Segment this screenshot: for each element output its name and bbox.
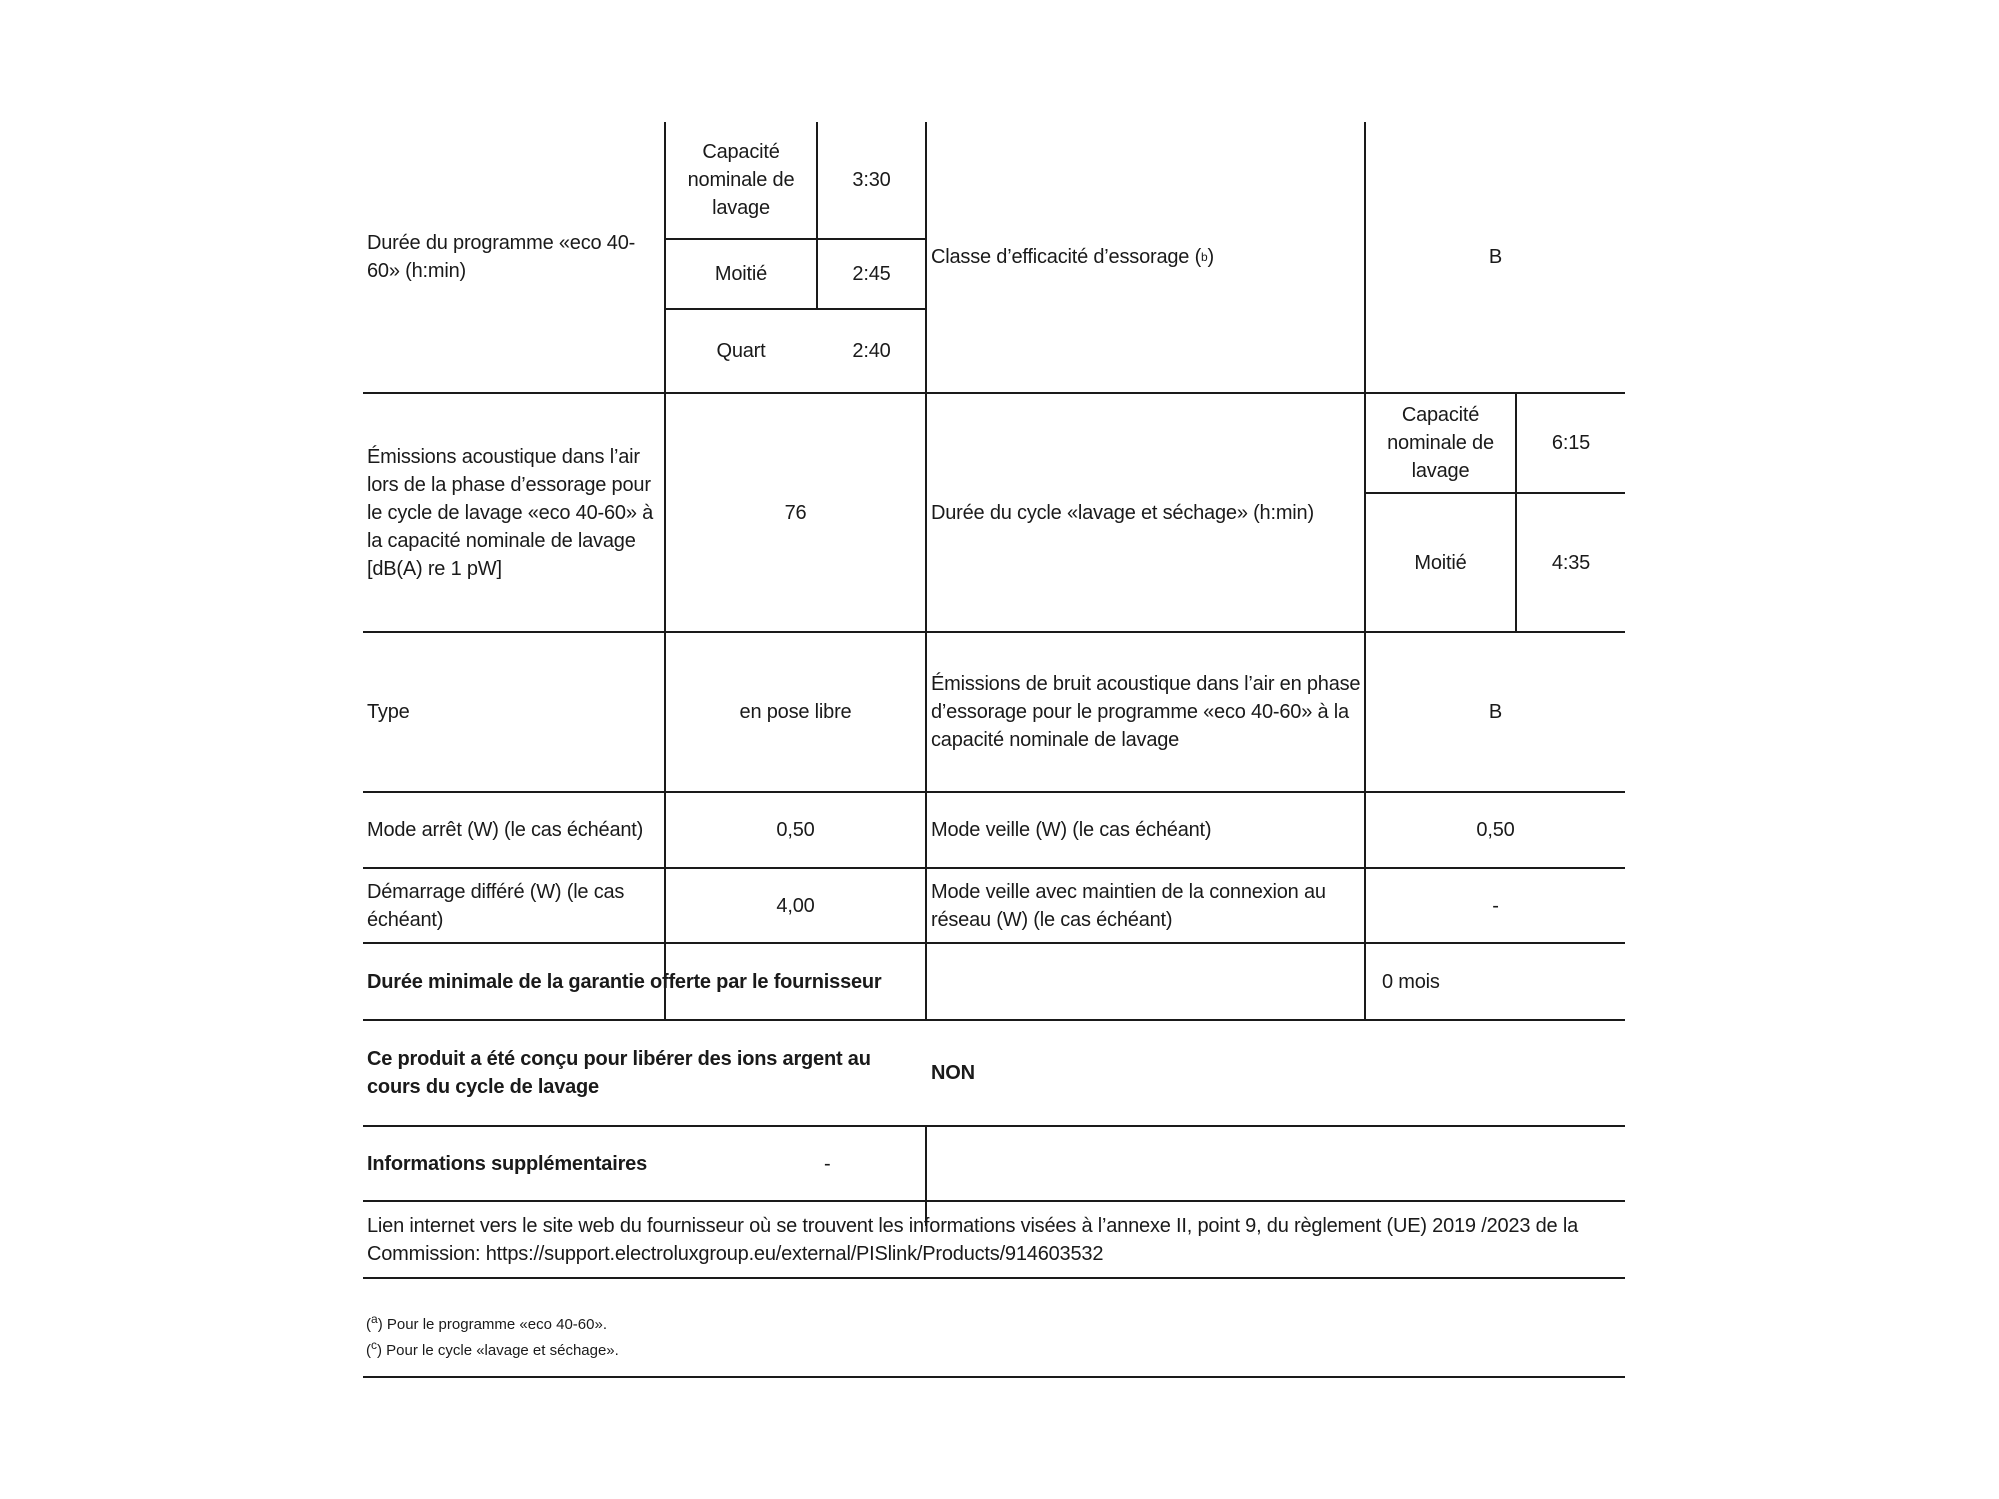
delay-start-label: Démarrage différé (W) (le cas échéant) xyxy=(363,869,663,942)
networked-standby-value: - xyxy=(1366,869,1625,942)
type-value: en pose libre xyxy=(666,633,925,791)
eco-half-label: Moitié xyxy=(666,240,816,308)
footnote-a-text: Pour le programme «eco 40-60». xyxy=(387,1316,607,1333)
noise-emission-value: 76 xyxy=(666,394,925,631)
off-mode-label: Mode arrêt (W) (le cas échéant) xyxy=(363,793,663,867)
eco-quarter-label: Quart xyxy=(666,310,816,392)
eco-half-value: 2:45 xyxy=(818,240,925,308)
off-mode-value: 0,50 xyxy=(666,793,925,867)
noise-emission-label: Émissions acoustique dans l’air lors de … xyxy=(363,394,663,631)
additional-info-label: Informations supplémentaires xyxy=(363,1127,763,1200)
eco-program-duration-label: Durée du programme «eco 40-60» (h:min) xyxy=(363,122,663,392)
spin-efficiency-class-label: Classe d’efficacité d’essorage (b) xyxy=(927,122,1364,392)
standby-mode-value: 0,50 xyxy=(1366,793,1625,867)
silver-ions-label: Ce produit a été conçu pour libérer des … xyxy=(363,1021,923,1125)
spin-efficiency-text: Classe d’efficacité d’essorage ( xyxy=(931,243,1201,271)
noise-class-label: Émissions de bruit acoustique dans l’air… xyxy=(927,633,1364,791)
row-divider xyxy=(363,1277,1625,1279)
wash-dry-half-label: Moitié xyxy=(1366,494,1515,631)
eco-quarter-value: 2:40 xyxy=(818,310,925,392)
type-label: Type xyxy=(363,633,663,791)
footnote-c-mark: c xyxy=(371,1338,377,1352)
footnote-c-text: Pour le cycle «lavage et séchage». xyxy=(386,1342,619,1359)
delay-start-value: 4,00 xyxy=(666,869,925,942)
wash-dry-rated-label: Capacité nominale de lavage xyxy=(1366,394,1515,492)
wash-dry-duration-label: Durée du cycle «lavage et séchage» (h:mi… xyxy=(927,394,1364,631)
spin-efficiency-class-value: B xyxy=(1366,122,1625,392)
standby-mode-label: Mode veille (W) (le cas échéant) xyxy=(927,793,1364,867)
wash-dry-half-value: 4:35 xyxy=(1517,494,1625,631)
footnote-a: (a) Pour le programme «eco 40-60». xyxy=(366,1312,607,1338)
noise-class-value: B xyxy=(1366,633,1625,791)
wash-dry-rated-value: 6:15 xyxy=(1517,394,1625,492)
eco-rated-capacity-label: Capacité nominale de lavage xyxy=(666,122,816,238)
row-divider xyxy=(363,1376,1625,1378)
networked-standby-label: Mode veille avec maintien de la connexio… xyxy=(927,869,1364,942)
warranty-label: Durée minimale de la garantie offerte pa… xyxy=(363,944,1263,1019)
additional-info-value: - xyxy=(820,1127,920,1200)
warranty-value: 0 mois xyxy=(1378,944,1618,1019)
silver-ions-value: NON xyxy=(927,1021,1625,1125)
supplier-link-text[interactable]: Lien internet vers le site web du fourni… xyxy=(363,1202,1629,1277)
eco-rated-capacity-value: 3:30 xyxy=(818,122,925,238)
footnote-c: (c) Pour le cycle «lavage et séchage». xyxy=(366,1338,619,1364)
footnote-a-mark: a xyxy=(371,1312,378,1326)
paren-close: ) xyxy=(1208,243,1214,271)
